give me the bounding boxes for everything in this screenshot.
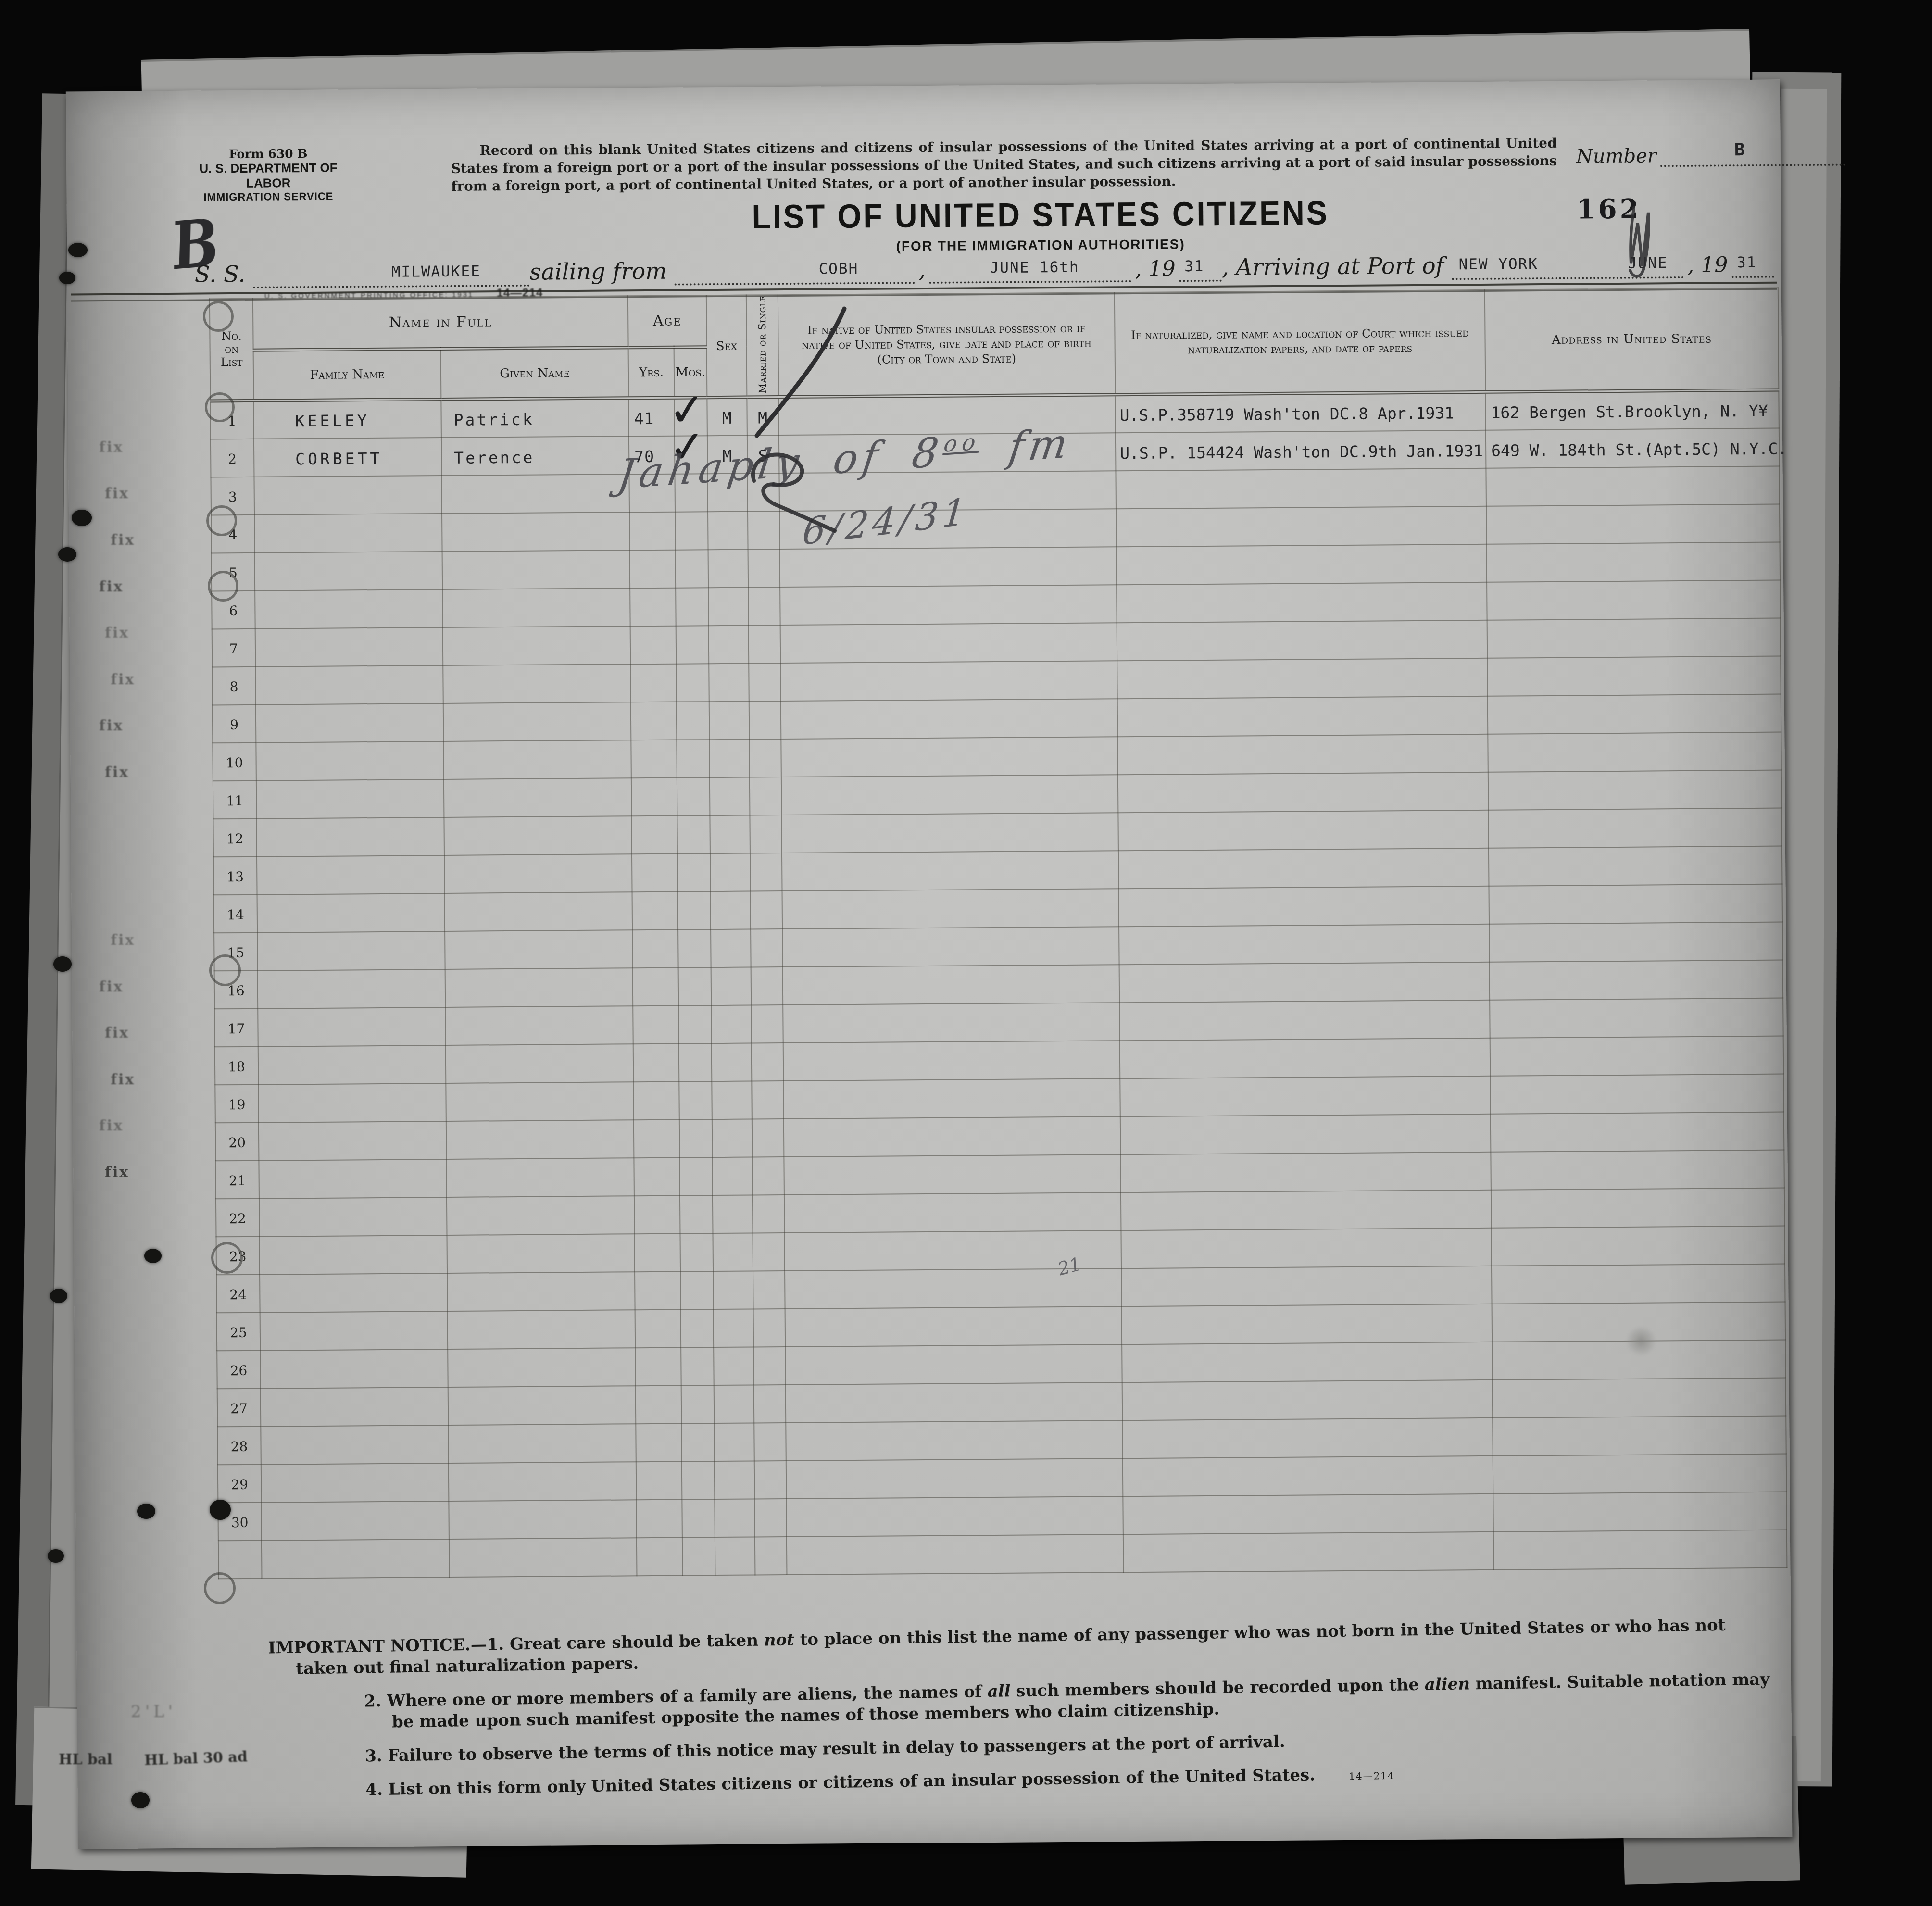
cell-family (257, 893, 445, 933)
cell-address (1493, 1378, 1786, 1417)
cell-family (260, 1349, 448, 1389)
cell-birth (780, 547, 1117, 587)
cell-no: 24 (216, 1274, 260, 1313)
cell-mos (680, 1195, 713, 1233)
cell-given (446, 1082, 634, 1121)
cell-yrs (635, 1271, 681, 1310)
cell-given (448, 1348, 636, 1387)
row-number: 29 (231, 1476, 248, 1502)
typed-naturalization: U.S.P.358719 Wash'ton DC.8 Apr.1931 (1116, 403, 1454, 432)
cell-birth (782, 889, 1119, 929)
cell-mos (682, 1537, 715, 1575)
cell-married (753, 1347, 786, 1385)
cell-naturalization (1121, 1190, 1492, 1230)
cell-given (445, 892, 633, 931)
cell-sex (709, 739, 750, 777)
cell-yrs (637, 1537, 683, 1576)
cell-yrs (631, 815, 677, 854)
cell-sex (708, 549, 749, 588)
cell-naturalization (1117, 658, 1488, 698)
cell-married (749, 625, 781, 663)
cell-no: 12 (213, 818, 257, 857)
cell-no: 26 (217, 1350, 261, 1389)
cell-married: M (747, 397, 779, 435)
cell-given (449, 1462, 637, 1501)
cell-birth (784, 1154, 1121, 1195)
cell-married (749, 663, 781, 701)
typed-given: Terence (442, 448, 534, 475)
cell-yrs (636, 1423, 682, 1462)
cell-naturalization: U.S.P.358719 Wash'ton DC.8 Apr.1931 (1115, 392, 1486, 432)
cell-yrs (631, 702, 677, 740)
cell-address (1490, 1036, 1784, 1076)
cell-yrs (630, 626, 677, 664)
cell-given (443, 740, 631, 779)
year-prefix-1: , 19 (1131, 256, 1179, 282)
cell-mos (676, 664, 709, 702)
cell-married: S (747, 435, 779, 473)
page-title: LIST OF UNITED STATES CITIZENS (708, 193, 1373, 236)
cell-no: 3 (211, 476, 254, 515)
cell-mos: ✓ (675, 436, 708, 474)
cell-no (218, 1540, 262, 1579)
cell-address (1489, 922, 1783, 962)
cell-no: 1 (210, 401, 254, 439)
cell-sex (711, 967, 752, 1005)
cell-married (748, 549, 780, 587)
cell-address (1490, 960, 1783, 1000)
cell-family (256, 703, 444, 743)
form-code: Form 630 B (187, 146, 350, 161)
cell-no: 17 (214, 1008, 258, 1047)
manifest-body: 1KEELEYPatrick41✓MMU.S.P.358719 Wash'ton… (210, 390, 1787, 1579)
cell-sex (714, 1385, 754, 1423)
cell-given (443, 702, 631, 741)
cell-yrs (634, 1195, 680, 1234)
arriving-label: , Arriving at Port of (1221, 252, 1452, 281)
typed-given: Patrick (442, 410, 534, 437)
cell-address (1493, 1530, 1787, 1569)
ss-label: S. S. (194, 261, 253, 289)
cell-address (1487, 542, 1781, 582)
cell-no: 27 (217, 1388, 261, 1427)
cell-married (751, 1005, 783, 1043)
row-number: 14 (227, 907, 244, 932)
cell-given (445, 968, 633, 1007)
cell-family (258, 1083, 446, 1123)
cell-no: 18 (215, 1046, 259, 1085)
cell-address (1489, 846, 1782, 886)
row-number: 30 (231, 1514, 249, 1540)
cell-address (1492, 1264, 1785, 1304)
cell-sex (714, 1347, 754, 1385)
cell-yrs (631, 740, 677, 778)
important-notice: IMPORTANT NOTICE.—1. Great care should b… (268, 1614, 1785, 1816)
row-number: 26 (230, 1363, 248, 1388)
cell-yrs (633, 1005, 679, 1044)
cell-yrs (635, 1347, 681, 1386)
cell-naturalization (1119, 1000, 1490, 1040)
cell-naturalization (1117, 734, 1488, 774)
cell-birth (785, 1344, 1122, 1385)
cell-mos (676, 550, 709, 588)
cell-family (258, 969, 446, 1009)
ship-name-blank: MILWAUKEE (253, 259, 529, 288)
cell-given (447, 1196, 635, 1235)
cell-given: Terence (441, 436, 629, 476)
cell-yrs (632, 891, 678, 930)
cell-mos (675, 512, 708, 550)
cell-given (448, 1424, 636, 1463)
cell-married (754, 1461, 787, 1499)
cell-married (748, 511, 780, 549)
cell-given (447, 1234, 635, 1273)
cell-yrs (633, 1043, 679, 1082)
cell-naturalization (1120, 1076, 1491, 1116)
cell-sex (710, 815, 750, 853)
cell-birth (780, 585, 1117, 625)
cell-birth (782, 927, 1119, 967)
row-number: 15 (227, 945, 244, 970)
cell-no: 6 (212, 590, 255, 629)
row-number: 8 (229, 679, 238, 704)
cell-married (750, 853, 782, 891)
cell-naturalization (1120, 1038, 1491, 1078)
cell-sex: M (707, 435, 748, 474)
cell-address: 649 W. 184th St.(Apt.5C) N.Y.C. (1486, 428, 1780, 468)
cell-birth (783, 965, 1120, 1005)
cell-married (750, 777, 782, 815)
cell-no: 28 (217, 1426, 261, 1465)
col-header-given-name: Given Name (441, 348, 629, 400)
cell-no: 8 (212, 666, 256, 705)
number-blank-line: B (1660, 141, 1845, 167)
cell-no: 25 (217, 1312, 261, 1351)
cell-family (261, 1425, 449, 1465)
cell-given (444, 778, 632, 817)
arrival-port: NEW YORK (1458, 255, 1538, 273)
cell-no: 23 (216, 1236, 260, 1275)
cell-mos (680, 1233, 713, 1271)
cell-sex (711, 891, 751, 929)
cell-family (260, 1235, 448, 1275)
cell-married (754, 1499, 787, 1537)
row-number: 12 (226, 831, 244, 856)
cell-birth (781, 813, 1118, 853)
cell-no: 16 (214, 970, 258, 1009)
cell-birth (783, 1041, 1120, 1081)
cell-mos (675, 474, 708, 512)
cell-married (754, 1385, 786, 1423)
cell-no: 2 (211, 439, 254, 477)
cell-naturalization (1117, 582, 1487, 622)
cell-married (753, 1271, 785, 1309)
cell-address (1491, 1188, 1785, 1228)
cell-given (441, 474, 629, 514)
cell-married (749, 701, 781, 739)
cell-yrs (632, 929, 678, 968)
cell-yrs (633, 1081, 679, 1120)
typed-address: 649 W. 184th St.(Apt.5C) N.Y.C. (1486, 439, 1787, 467)
col-header-naturalization: If naturalized, give name and location o… (1115, 290, 1485, 395)
cell-sex (713, 1271, 753, 1309)
row-number: 9 (230, 717, 238, 742)
cell-birth (780, 661, 1117, 701)
cell-sex (710, 777, 750, 815)
row-number: 22 (229, 1211, 246, 1236)
cell-sex (715, 1537, 755, 1575)
notice-print-code: 14—214 (1349, 1770, 1395, 1782)
checkmark: ✓ (665, 421, 710, 474)
typed-married: S (758, 446, 768, 473)
cell-family (254, 476, 442, 515)
cell-married (751, 967, 783, 1005)
cell-sex (708, 511, 748, 550)
cell-family (261, 1387, 449, 1427)
cell-married (752, 1119, 784, 1157)
cell-no: 22 (216, 1198, 260, 1237)
cell-given (449, 1500, 637, 1539)
cell-no: 21 (215, 1160, 259, 1199)
departure-year: 31 (1184, 258, 1204, 275)
cell-birth (784, 1116, 1121, 1157)
typed-address: 162 Bergen St.Brooklyn, N. Y¥ (1486, 401, 1768, 429)
cell-naturalization (1118, 848, 1489, 888)
cell-naturalization (1117, 544, 1487, 584)
row-number: 4 (228, 527, 237, 552)
sailing-from-label: sailing from (529, 258, 675, 287)
cell-yrs (629, 512, 676, 550)
cell-birth (786, 1458, 1123, 1499)
cell-birth (779, 509, 1117, 549)
cell-mos (679, 1043, 712, 1081)
row-number: 13 (226, 869, 244, 894)
cell-sex (713, 1195, 753, 1233)
cell-mos (678, 929, 711, 967)
cell-no: 14 (214, 894, 258, 933)
notice-item: 4. List on this form only United States … (365, 1757, 1785, 1802)
manifest-form-page: Form 630 B U. S. DEPARTMENT OF LABOR IMM… (66, 80, 1792, 1849)
row-number: 2 (228, 451, 237, 476)
cell-mos (680, 1271, 714, 1309)
cell-family (262, 1539, 450, 1579)
cell-sex (709, 701, 750, 740)
cell-no: 10 (213, 742, 256, 781)
cell-no: 29 (218, 1464, 262, 1503)
cell-no: 30 (218, 1502, 262, 1541)
cell-married (752, 1157, 784, 1195)
cell-sex (712, 1081, 752, 1119)
cell-married (751, 929, 783, 967)
cell-family (255, 665, 443, 705)
row-number: 10 (226, 755, 243, 780)
cell-sex (707, 473, 748, 512)
cell-yrs (631, 777, 677, 816)
cell-address (1488, 770, 1782, 810)
cell-no: 15 (214, 932, 258, 971)
typed-naturalization: U.S.P. 154424 Wash'ton DC.9th Jan.1931 (1116, 441, 1483, 470)
cell-yrs (636, 1461, 682, 1500)
cell-given (449, 1538, 637, 1577)
cell-given (442, 512, 630, 552)
row-number: 27 (230, 1401, 248, 1426)
typed-yrs: 70 (629, 447, 654, 474)
cell-family (259, 1197, 447, 1237)
cell-yrs (629, 474, 675, 512)
cell-given (446, 1158, 634, 1197)
cell-sex (714, 1309, 754, 1347)
cell-family (261, 1501, 449, 1541)
table-header: No. on List Name in Full Age Sex Married… (210, 288, 1779, 401)
cell-family: CORBETT (254, 438, 442, 477)
cell-family (258, 1045, 446, 1085)
cell-mos (679, 1081, 712, 1119)
cell-address (1489, 884, 1782, 924)
row-number: 5 (229, 565, 238, 590)
cell-sex (708, 587, 749, 626)
row-number: 23 (229, 1249, 247, 1274)
sheet-number-stamp: 162 (1576, 193, 1641, 226)
cell-family (257, 855, 445, 895)
cell-birth (784, 1192, 1121, 1233)
cell-address (1493, 1416, 1786, 1455)
col-header-sex: Sex (706, 295, 747, 398)
typed-sex: M (722, 446, 732, 473)
cell-mos (677, 702, 710, 740)
cell-married (755, 1537, 787, 1575)
cell-given (445, 1006, 633, 1045)
cell-address (1490, 998, 1783, 1038)
cell-birth (779, 471, 1116, 511)
cell-yrs (636, 1385, 682, 1424)
cell-naturalization: U.S.P. 154424 Wash'ton DC.9th Jan.1931 (1116, 430, 1486, 470)
typed-sex: M (722, 408, 732, 435)
cell-birth (781, 737, 1118, 777)
cell-birth (779, 433, 1116, 473)
cell-mos (677, 853, 711, 891)
cell-naturalization (1117, 620, 1488, 660)
cell-yrs (634, 1119, 680, 1158)
col-header-name-in-full: Name in Full (253, 296, 628, 350)
cell-naturalization (1116, 506, 1487, 546)
cell-family (256, 741, 444, 781)
cell-married (753, 1309, 786, 1347)
departure-port: COBH (819, 260, 859, 278)
cell-given (443, 664, 631, 703)
cell-address (1487, 656, 1781, 696)
cell-sex: M (707, 397, 747, 436)
comma-separator: , (915, 258, 929, 284)
cell-naturalization (1118, 810, 1489, 850)
row-number: 16 (227, 983, 245, 1008)
cell-family (259, 1159, 447, 1199)
cell-naturalization (1123, 1531, 1494, 1572)
cell-yrs (634, 1233, 680, 1272)
cell-given (442, 588, 630, 627)
typed-family: CORBETT (254, 449, 382, 476)
cell-mos (681, 1309, 714, 1347)
cell-mos (678, 891, 711, 929)
cell-married (753, 1233, 785, 1271)
cell-address: 162 Bergen St.Brooklyn, N. Y¥ (1485, 390, 1779, 430)
cell-address (1491, 1112, 1784, 1152)
cell-mos (679, 1157, 713, 1195)
cell-mos (676, 588, 709, 626)
cell-married (751, 891, 783, 929)
notice-items: IMPORTANT NOTICE.—1. Great care should b… (268, 1614, 1785, 1804)
number-value: B (1734, 140, 1745, 160)
cell-birth (784, 1230, 1121, 1271)
row-number: 20 (228, 1135, 246, 1160)
form-identifier-block: Form 630 B U. S. DEPARTMENT OF LABOR IMM… (187, 146, 351, 203)
cell-birth (783, 1003, 1120, 1043)
ship-name: MILWAUKEE (391, 263, 481, 280)
arrival-month: JUNE (1628, 254, 1668, 272)
cell-naturalization (1123, 1493, 1493, 1534)
cell-married (753, 1195, 785, 1233)
cell-naturalization (1121, 1228, 1492, 1268)
typed-family: KEELEY (254, 411, 370, 439)
cell-yrs (630, 664, 677, 702)
cell-address (1486, 466, 1780, 506)
cell-address (1491, 1150, 1784, 1190)
cell-no: 5 (212, 552, 255, 591)
cell-naturalization (1123, 1455, 1493, 1496)
cell-mos (678, 1005, 712, 1043)
cell-birth (778, 395, 1116, 435)
cell-naturalization (1119, 924, 1490, 964)
row-number: 17 (228, 1021, 245, 1046)
cell-address (1486, 504, 1780, 544)
cell-address (1491, 1226, 1785, 1266)
cell-sex (712, 1157, 753, 1195)
cell-sex (715, 1461, 755, 1499)
cell-married (749, 739, 781, 777)
row-number: 7 (229, 641, 238, 666)
typed-yrs: 41 (629, 409, 654, 436)
cell-address (1492, 1340, 1786, 1379)
cell-mos (681, 1423, 715, 1461)
row-number: 21 (229, 1173, 246, 1198)
cell-mos (677, 815, 710, 853)
row-number: 6 (229, 603, 238, 628)
cell-family (255, 627, 443, 667)
cell-birth (780, 623, 1117, 663)
cell-mos (679, 1119, 713, 1157)
cell-sex (714, 1423, 754, 1461)
cell-birth (781, 699, 1118, 739)
cell-yrs (632, 853, 678, 892)
cell-sex (711, 929, 751, 967)
cell-yrs (630, 588, 676, 626)
cell-mos (677, 777, 710, 815)
cell-naturalization (1122, 1342, 1493, 1382)
cell-naturalization (1120, 1114, 1491, 1154)
cell-family (257, 931, 445, 971)
cell-given (444, 816, 632, 855)
cell-family (256, 779, 444, 819)
cell-naturalization (1118, 772, 1489, 812)
department-name: U. S. DEPARTMENT OF LABOR (187, 160, 350, 191)
cell-naturalization (1116, 468, 1486, 508)
citizens-manifest-table: No. on List Name in Full Age Sex Married… (209, 288, 1788, 1579)
row-number: 24 (229, 1287, 247, 1312)
row-number: 18 (228, 1059, 245, 1084)
cell-given (443, 626, 631, 665)
cell-birth (786, 1496, 1123, 1537)
cell-sex (712, 1119, 753, 1157)
cell-married (754, 1423, 786, 1461)
